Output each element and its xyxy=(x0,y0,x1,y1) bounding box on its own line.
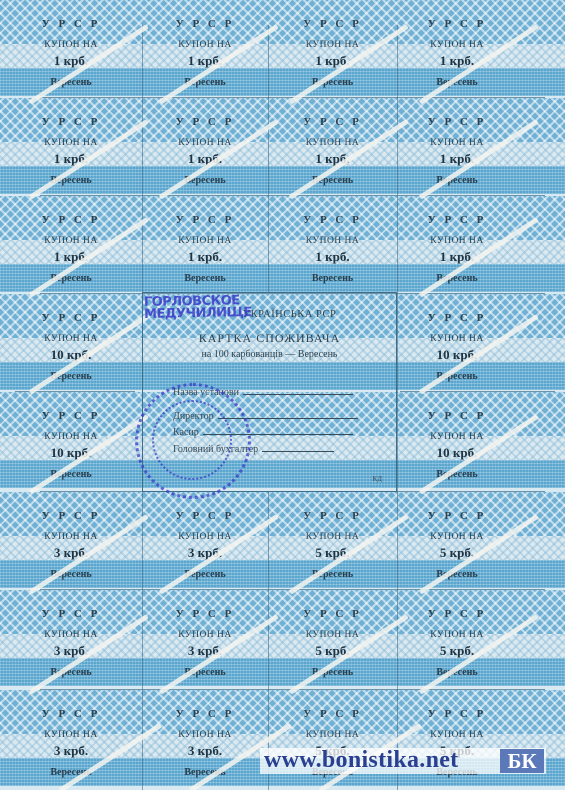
coupon: У Р С РКУПОН НА 5 крб.Вересень xyxy=(268,492,397,588)
coupon-row: У Р С РКУПОН НА 1 крб.Вересень У Р С РКУ… xyxy=(0,98,565,194)
coupon: У Р С РКУПОН НА 3 крб.Вересень xyxy=(0,492,142,588)
coupon: У Р С РКУПОН НА 1 крб.Вересень xyxy=(268,98,397,194)
coupon: У Р С РКУПОН НА 3 крб.Вересень xyxy=(142,492,268,588)
coupon-row: У Р С РКУПОН НА 1 крб.Вересень У Р С РКУ… xyxy=(0,196,565,292)
round-seal-stamp xyxy=(135,383,251,499)
print-mark: КД xyxy=(373,475,382,483)
watermark-url: www.bonistika.net xyxy=(264,747,458,774)
card-subtitle: на 100 карбованців — Вересень xyxy=(143,349,396,360)
coupon-row: У Р С РКУПОН НА 1 крб.Вересень У Р С РКУ… xyxy=(0,0,565,96)
coupon: У Р С РКУПОН НА 1 крб.Вересень xyxy=(268,196,397,292)
card-title: КАРТКА СПОЖИВАЧА xyxy=(143,331,396,346)
coupon: У Р С РКУПОН НА 3 крб.Вересень xyxy=(0,690,142,786)
coupon: У Р С РКУПОН НА 1 крб.Вересень xyxy=(142,0,268,96)
coupon: У Р С РКУПОН НА 1 крб.Вересень xyxy=(0,0,142,96)
coupon-row: У Р С РКУПОН НА 3 крб.Вересень У Р С РКУ… xyxy=(0,590,565,686)
coupon: У Р С РКУПОН НА 3 крб.Вересень xyxy=(142,690,268,786)
coupon: У Р С РКУПОН НА 1 крб.Вересень xyxy=(142,98,268,194)
institution-stamp: ГОРЛОВСКОЕ МЕДУЧИЛИЩЕ xyxy=(144,295,252,321)
coupon: У Р С РКУПОН НА 3 крб.Вересень xyxy=(0,590,142,686)
perforation-line xyxy=(142,25,143,292)
perforation-line xyxy=(397,25,398,790)
perforation-line xyxy=(268,25,269,292)
coupon: У Р С РКУПОН НА 10 крб.Вересень xyxy=(0,392,142,488)
coupon: У Р С РКУПОН НА 3 крб.Вересень xyxy=(142,590,268,686)
coupon: У Р С РКУПОН НА 1 крб.Вересень xyxy=(0,98,142,194)
coupon-row: У Р С РКУПОН НА 3 крб.Вересень У Р С РКУ… xyxy=(0,492,565,588)
perforation-line xyxy=(142,492,143,790)
coupon: У Р С РКУПОН НА 1 крб.Вересень xyxy=(0,196,142,292)
coupon: У Р С РКУПОН НА 10 крб.Вересень xyxy=(0,294,142,390)
coupon: У Р С РКУПОН НА 1 крб.Вересень xyxy=(142,196,268,292)
perforation-line xyxy=(268,492,269,790)
coupon-sheet: У Р С РКУПОН НА 1 крб.Вересень У Р С РКУ… xyxy=(0,0,565,790)
watermark-logo: БК xyxy=(500,749,544,773)
